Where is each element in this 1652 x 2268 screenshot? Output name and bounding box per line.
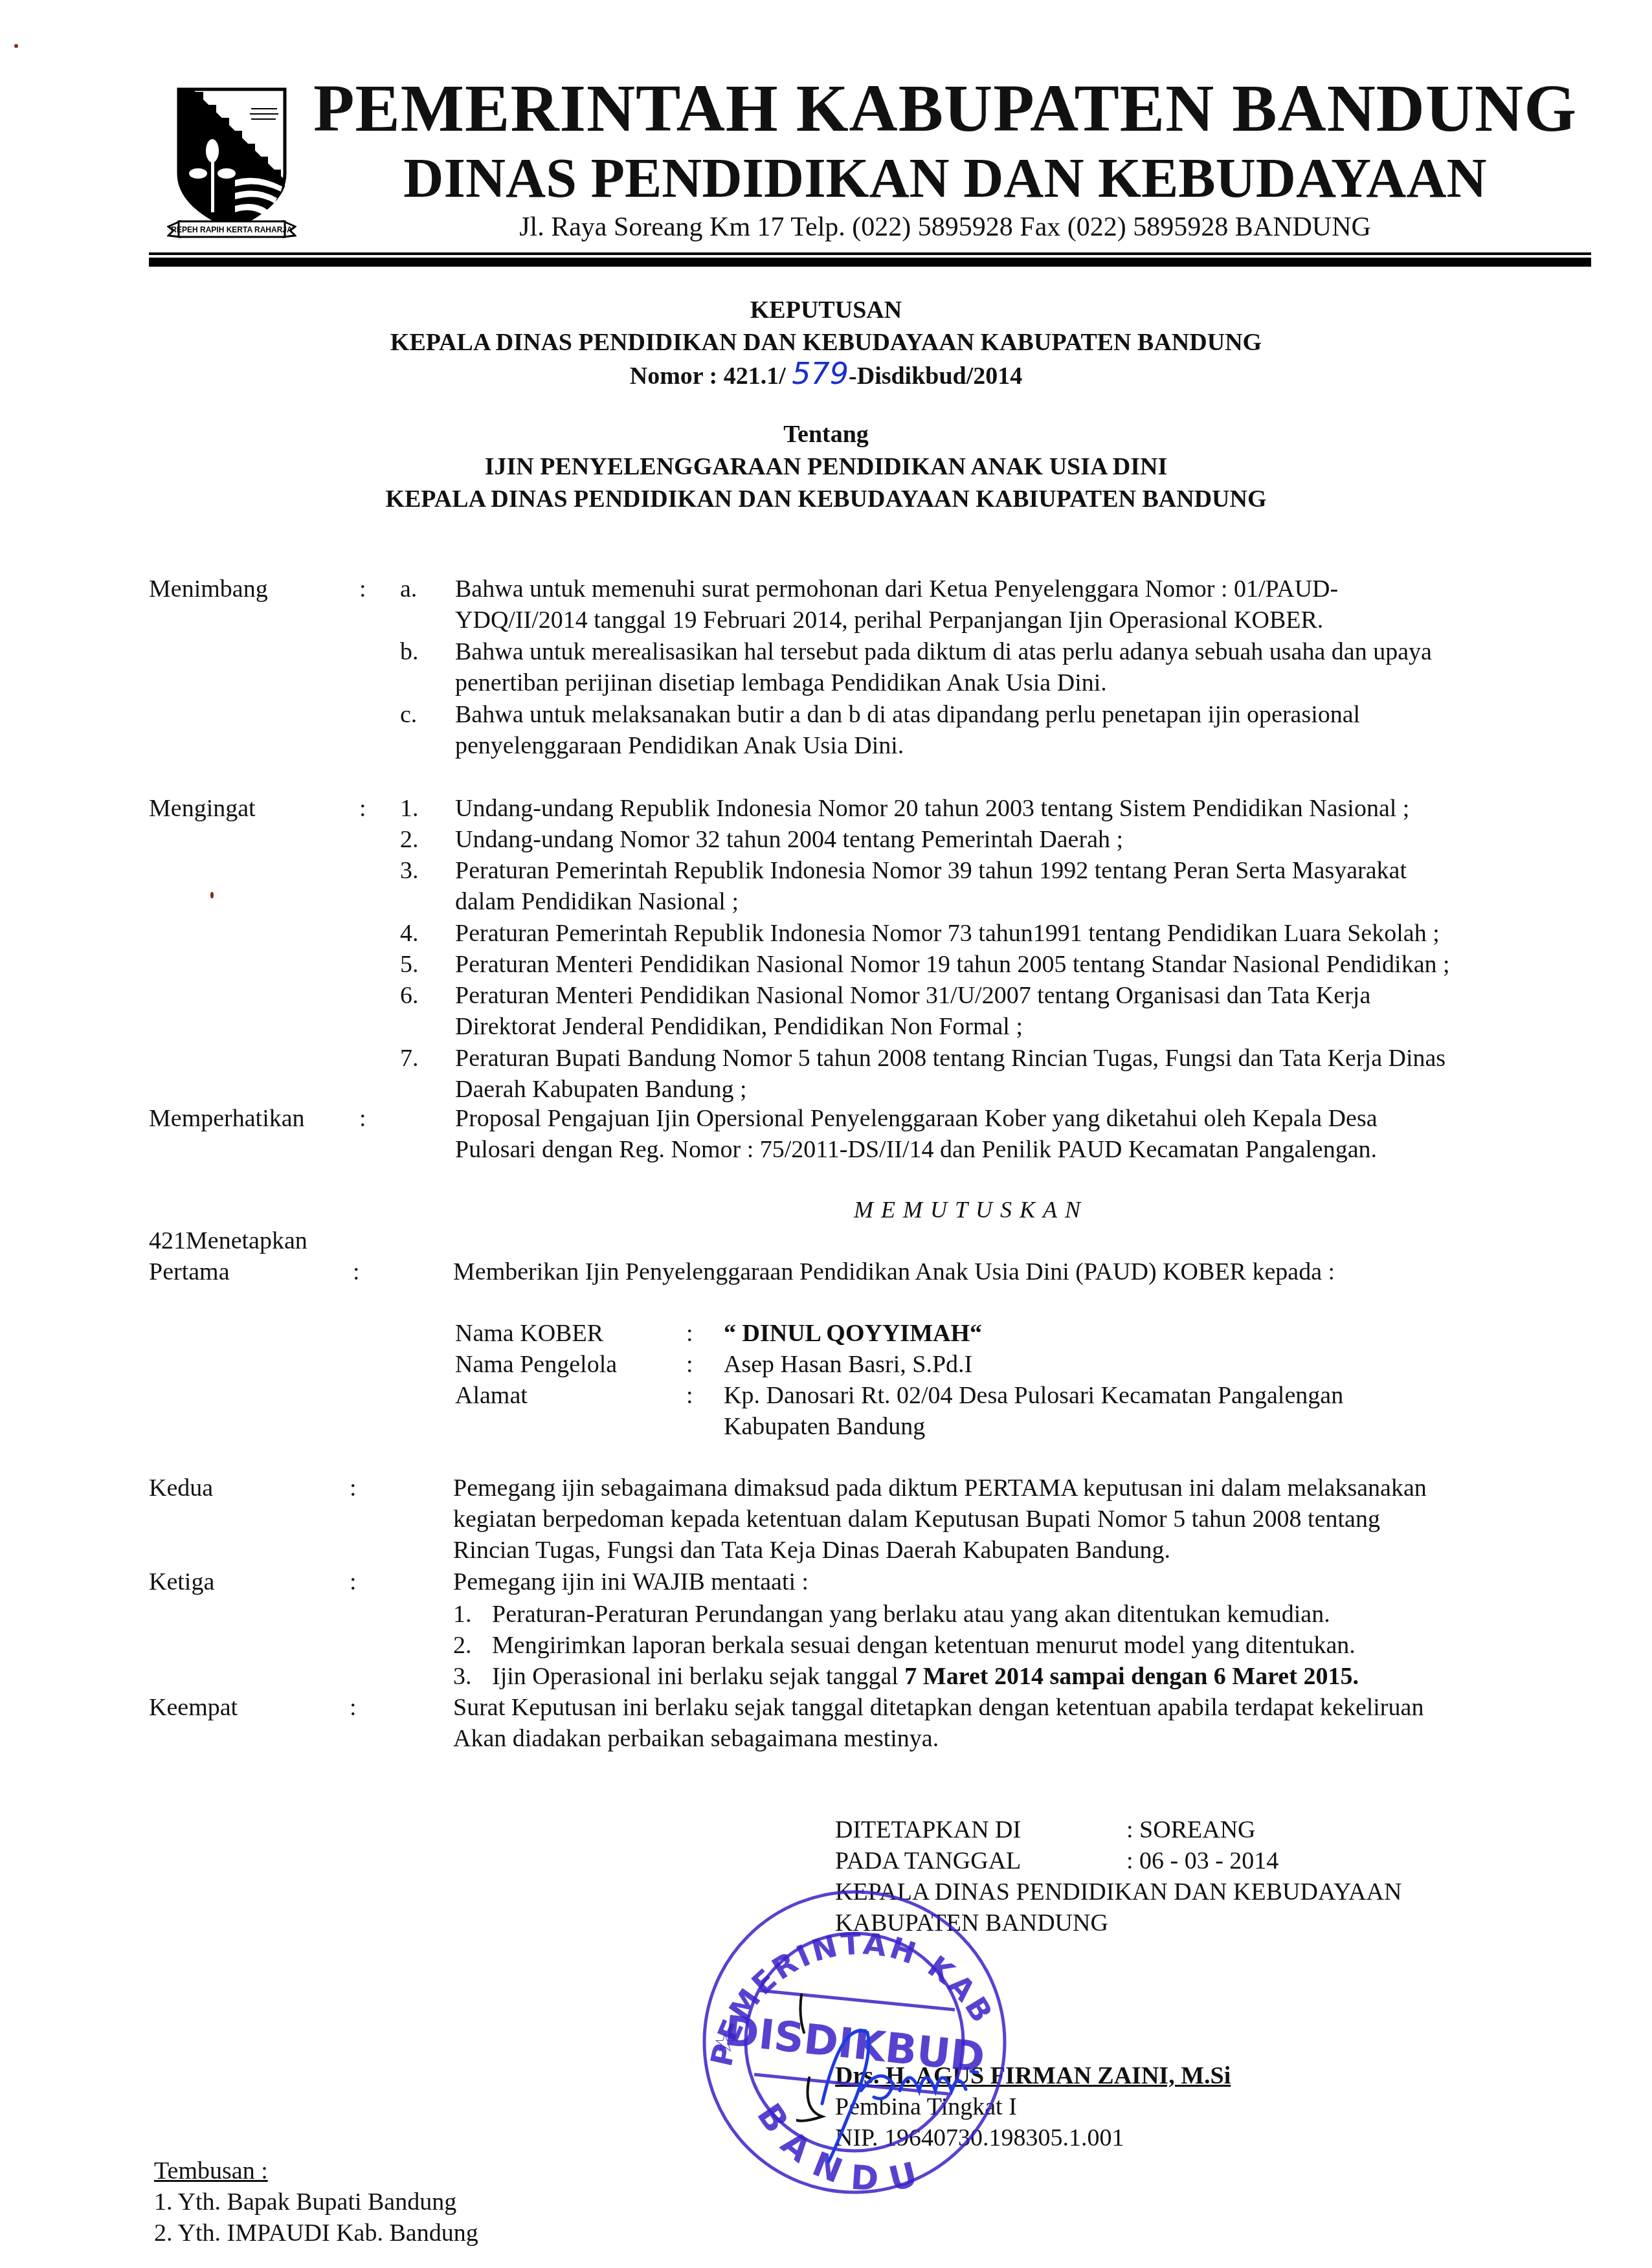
scan-speck xyxy=(210,892,214,898)
pada-tanggal-label: PADA TANGGAL xyxy=(835,1845,1021,1876)
ditetapkan-di-label: DITETAPKAN DI xyxy=(835,1814,1021,1845)
mengingat-item-3-line1: Peraturan Pemerintah Republik Indonesia … xyxy=(455,855,1562,886)
kedua-line2: kegiatan berpedoman kepada ketentuan dal… xyxy=(453,1504,1541,1535)
menimbang-item-c-line2: penyelenggaraan Pendidikan Anak Usia Din… xyxy=(455,730,1562,761)
kedua-label: Kedua xyxy=(149,1473,213,1504)
memperhatikan-colon: : xyxy=(359,1103,366,1134)
field-value-nama-kober: “ DINUL QOYYIMAH“ xyxy=(724,1318,1501,1349)
handwritten-signature-icon xyxy=(796,1994,1159,2168)
mengingat-mark-3: 3. xyxy=(400,855,419,886)
mengingat-item-6-line1: Peraturan Menteri Pendidikan Nasional No… xyxy=(455,980,1562,1011)
keempat-line1: Surat Keputusan ini berlaku sejak tangga… xyxy=(453,1692,1541,1723)
letterhead-address: Jl. Raya Soreang Km 17 Telp. (022) 58959… xyxy=(311,210,1579,244)
ditetapkan-di-value: : SOREANG xyxy=(1126,1814,1256,1845)
decree-subject: IJIN PENYELENGGARAAN PENDIDIKAN ANAK USI… xyxy=(0,451,1652,482)
mengingat-item-5: Peraturan Menteri Pendidikan Nasional No… xyxy=(455,949,1562,980)
ketiga-intro: Pemegang ijin ini WAJIB mentaati : xyxy=(453,1566,1541,1597)
decree-issuer: KEPALA DINAS PENDIDIKAN DAN KEBUDAYAAN K… xyxy=(0,327,1652,358)
mengingat-mark-6: 6. xyxy=(400,980,419,1011)
svg-text:REPEH RAPIH KERTA RAHARJA: REPEH RAPIH KERTA RAHARJA xyxy=(171,225,293,234)
memperhatikan-line2: Pulosari dengan Reg. Nomor : 75/2011-DS/… xyxy=(455,1134,1562,1165)
ketiga-mark-1: 1. xyxy=(453,1599,472,1630)
mengingat-item-1: Undang-undang Republik Indonesia Nomor 2… xyxy=(455,793,1562,824)
menimbang-mark-a: a. xyxy=(400,573,417,605)
ketiga-item-3-text: Ijin Operasional ini berlaku sejak tangg… xyxy=(492,1663,904,1690)
letterhead-agency-name: DINAS PENDIDIKAN DAN KEBUDAYAAN xyxy=(311,146,1579,210)
ketiga-item-1: Peraturan-Peraturan Perundangan yang ber… xyxy=(492,1599,1560,1630)
scan-speck xyxy=(14,44,18,48)
menimbang-item-a-line1: Bahwa untuk memenuhi surat permohonan da… xyxy=(455,573,1562,605)
decree-number-handwritten: 579 xyxy=(792,356,849,391)
field-label-alamat: Alamat xyxy=(455,1380,688,1411)
tembusan-item-2: 2. Yth. IMPAUDI Kab. Bandung xyxy=(154,2218,478,2249)
ketiga-mark-3: 3. xyxy=(453,1661,472,1692)
letterhead-government-name: PEMERINTAH KABUPATEN BANDUNG xyxy=(311,70,1579,148)
ketiga-mark-2: 2. xyxy=(453,1630,472,1661)
menimbang-mark-b: b. xyxy=(400,636,419,667)
ketiga-colon: : xyxy=(350,1566,357,1597)
menimbang-item-b-line2: penertiban perijinan disetiap lembaga Pe… xyxy=(455,667,1562,698)
field-value-alamat-line2: Kabupaten Bandung xyxy=(724,1411,1501,1442)
field-value-alamat-line1: Kp. Danosari Rt. 02/04 Desa Pulosari Kec… xyxy=(724,1380,1501,1411)
pertama-text: Memberikan Ijin Penyelenggaraan Pendidik… xyxy=(453,1256,1560,1287)
kedua-colon: : xyxy=(350,1473,357,1504)
keempat-line2: Akan diadakan perbaikan sebagaimana mest… xyxy=(453,1723,1541,1754)
menimbang-colon: : xyxy=(359,573,366,605)
menimbang-item-b-line1: Bahwa untuk merealisasikan hal tersebut … xyxy=(455,636,1562,667)
kedua-line3: Rincian Tugas, Fungsi dan Tata Keja Dina… xyxy=(453,1535,1541,1566)
menimbang-mark-c: c. xyxy=(400,699,417,730)
mengingat-mark-4: 4. xyxy=(400,918,419,949)
memperhatikan-line1: Proposal Pengajuan Ijin Opersional Penye… xyxy=(455,1103,1562,1134)
letterhead-rule-thin xyxy=(149,252,1591,255)
decree-heading: KEPUTUSAN xyxy=(0,295,1652,326)
field-value-nama-pengelola: Asep Hasan Basri, S.Pd.I xyxy=(724,1349,1501,1380)
mengingat-mark-5: 5. xyxy=(400,949,419,980)
ketiga-item-2: Mengirimkan laporan berkala sesuai denga… xyxy=(492,1630,1560,1661)
pertama-colon: : xyxy=(353,1256,360,1287)
field-label-nama-pengelola: Nama Pengelola xyxy=(455,1349,688,1380)
mengingat-mark-7: 7. xyxy=(400,1043,419,1074)
field-colon-nama-kober: : xyxy=(686,1318,693,1349)
mengingat-colon: : xyxy=(359,793,366,824)
decree-subject-issuer: KEPALA DINAS PENDIDIKAN DAN KEBUDAYAAN K… xyxy=(0,484,1652,515)
ketiga-item-3-validity-period: 7 Maret 2014 sampai dengan 6 Maret 2015. xyxy=(904,1663,1359,1690)
tembusan-heading: Tembusan : xyxy=(154,2155,268,2186)
field-colon-nama-pengelola: : xyxy=(686,1349,693,1380)
memperhatikan-label: Memperhatikan xyxy=(149,1103,305,1134)
keempat-colon: : xyxy=(350,1692,357,1723)
mengingat-mark-2: 2. xyxy=(400,824,419,855)
mengingat-item-7-line2: Daerah Kabupaten Bandung ; xyxy=(455,1074,1562,1105)
field-label-nama-kober: Nama KOBER xyxy=(455,1318,688,1349)
memutuskan-heading: MEMUTUSKAN xyxy=(712,1194,1230,1225)
keempat-label: Keempat xyxy=(149,1692,238,1723)
mengingat-item-7-line1: Peraturan Bupati Bandung Nomor 5 tahun 2… xyxy=(455,1043,1562,1074)
menimbang-item-a-line2: YDQ/II/2014 tanggal 19 Februari 2014, pe… xyxy=(455,605,1562,636)
ketiga-item-3: Ijin Operasional ini berlaku sejak tangg… xyxy=(492,1661,1560,1692)
decree-number: Nomor : 421.1/ 579-Disdikbud/2014 xyxy=(0,358,1652,392)
menetapkan-label: 421Menetapkan xyxy=(149,1225,307,1256)
mengingat-item-2: Undang-undang Nomor 32 tahun 2004 tentan… xyxy=(455,824,1562,855)
mengingat-label: Mengingat xyxy=(149,793,256,824)
menimbang-label: Menimbang xyxy=(149,573,268,605)
tentang-label: Tentang xyxy=(0,419,1652,450)
pada-tanggal-value: : 06 - 03 - 2014 xyxy=(1126,1845,1278,1876)
decree-number-suffix: -Disdikbud/2014 xyxy=(849,362,1022,390)
ketiga-label: Ketiga xyxy=(149,1566,214,1597)
field-colon-alamat: : xyxy=(686,1380,693,1411)
coat-of-arms-logo-icon: REPEH RAPIH KERTA RAHARJA xyxy=(167,83,296,238)
mengingat-item-3-line2: dalam Pendidikan Nasional ; xyxy=(455,886,1562,917)
tembusan-item-1: 1. Yth. Bapak Bupati Bandung xyxy=(154,2186,456,2218)
kedua-line1: Pemegang ijin sebagaimana dimaksud pada … xyxy=(453,1473,1541,1504)
mengingat-item-6-line2: Direktorat Jenderal Pendidikan, Pendidik… xyxy=(455,1011,1562,1042)
menimbang-item-c-line1: Bahwa untuk melaksanakan butir a dan b d… xyxy=(455,699,1562,730)
pertama-label: Pertama xyxy=(149,1256,230,1287)
decree-number-prefix: Nomor : 421.1/ xyxy=(630,362,792,390)
letterhead-rule-thick xyxy=(149,258,1591,267)
mengingat-mark-1: 1. xyxy=(400,793,419,824)
mengingat-item-4: Peraturan Pemerintah Republik Indonesia … xyxy=(455,918,1562,949)
